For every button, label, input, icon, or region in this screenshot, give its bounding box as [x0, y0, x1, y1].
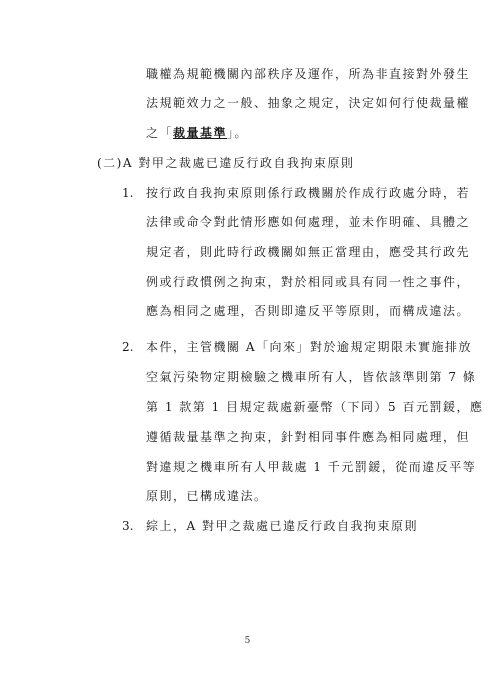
paragraph-line: 法規範效力之一般、抽象之規定，決定如何行使裁量權	[146, 96, 470, 110]
page-number: 5	[0, 636, 495, 646]
paragraph-line: 本件，主管機關 A「向來」對於逾規定期限未實施排放	[146, 340, 472, 354]
section-heading: (二)A 對甲之裁處已違反行政自我拘束原則	[97, 156, 354, 170]
item-number: 2.	[122, 340, 133, 354]
paragraph-line: 規定者，則此時行政機關如無正當理由，應受其行政先	[146, 245, 470, 259]
item-number: 3.	[122, 519, 133, 533]
text-span: 」。	[227, 126, 248, 140]
paragraph-line: 遵循裁量基準之拘束，針對相同事件應為相同處理，但	[146, 430, 470, 444]
emphasized-term: 裁量基準	[173, 126, 227, 140]
paragraph-line: 職權為規範機關內部秩序及運作，所為非直接對外發生	[146, 67, 470, 81]
paragraph-line: 例或行政慣例之拘束，對於相同或具有同一性之事件，	[146, 275, 470, 289]
paragraph-line: 應為相同之處理，否則即違反平等原則，而構成違法。	[146, 304, 470, 318]
paragraph-line: 按行政自我拘束原則係行政機關於作成行政處分時，若	[146, 186, 470, 200]
paragraph-line: 法律或命令對此情形應如何處理，並未作明確、具體之	[146, 215, 470, 229]
text-span: 之「	[146, 126, 173, 140]
paragraph-line: 第 1 款第 1 目規定裁處新臺幣（下同）5 百元罰鍰，應	[146, 400, 483, 414]
paragraph-line: 之「裁量基準」。	[146, 126, 248, 140]
item-number: 1.	[122, 186, 133, 200]
paragraph-line: 對違規之機車所有人甲裁處 1 千元罰鍰，從而違反平等	[146, 460, 476, 474]
paragraph-line: 原則，已構成違法。	[146, 489, 268, 503]
paragraph-line: 綜上，A 對甲之裁處已違反行政自我拘束原則	[146, 519, 418, 533]
paragraph-line: 空氣污染物定期檢驗之機車所有人，皆依該準則第 7 條	[146, 370, 476, 384]
